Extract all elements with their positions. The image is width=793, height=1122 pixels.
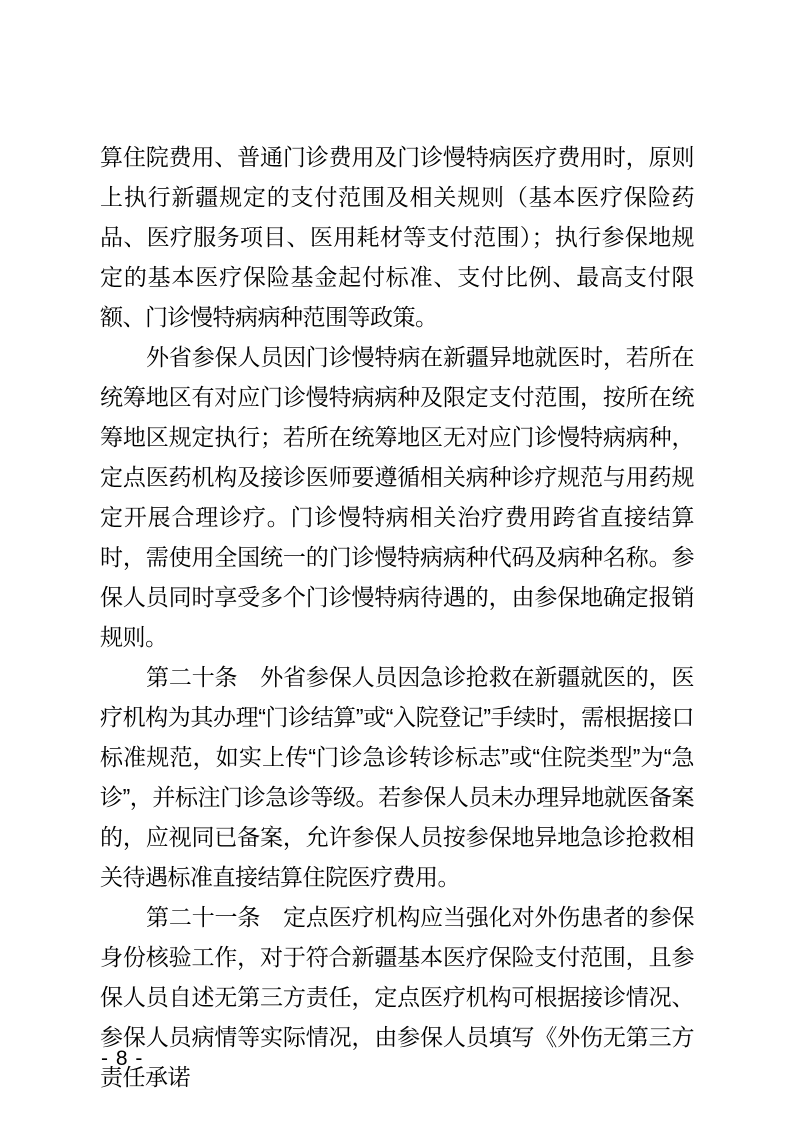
- paragraph-continuation: 算住院费用、普通门诊费用及门诊慢特病医疗费用时，原则上执行新疆规定的支付范围及相…: [100, 137, 694, 337]
- page-number: - 8 -: [101, 1045, 143, 1073]
- paragraph-article-20: 第二十条 外省参保人员因急诊抢救在新疆就医的，医疗机构为其办理“门诊结算”或“入…: [100, 657, 694, 897]
- paragraph-article-21: 第二十一条 定点医疗机构应当强化对外伤患者的参保身份核验工作，对于符合新疆基本医…: [100, 897, 694, 1097]
- document-body: 算住院费用、普通门诊费用及门诊慢特病医疗费用时，原则上执行新疆规定的支付范围及相…: [100, 137, 694, 1097]
- document-page: 算住院费用、普通门诊费用及门诊慢特病医疗费用时，原则上执行新疆规定的支付范围及相…: [0, 0, 793, 1122]
- paragraph-outpatient-chronic-disease: 外省参保人员因门诊慢特病在新疆异地就医时，若所在统筹地区有对应门诊慢特病病种及限…: [100, 337, 694, 657]
